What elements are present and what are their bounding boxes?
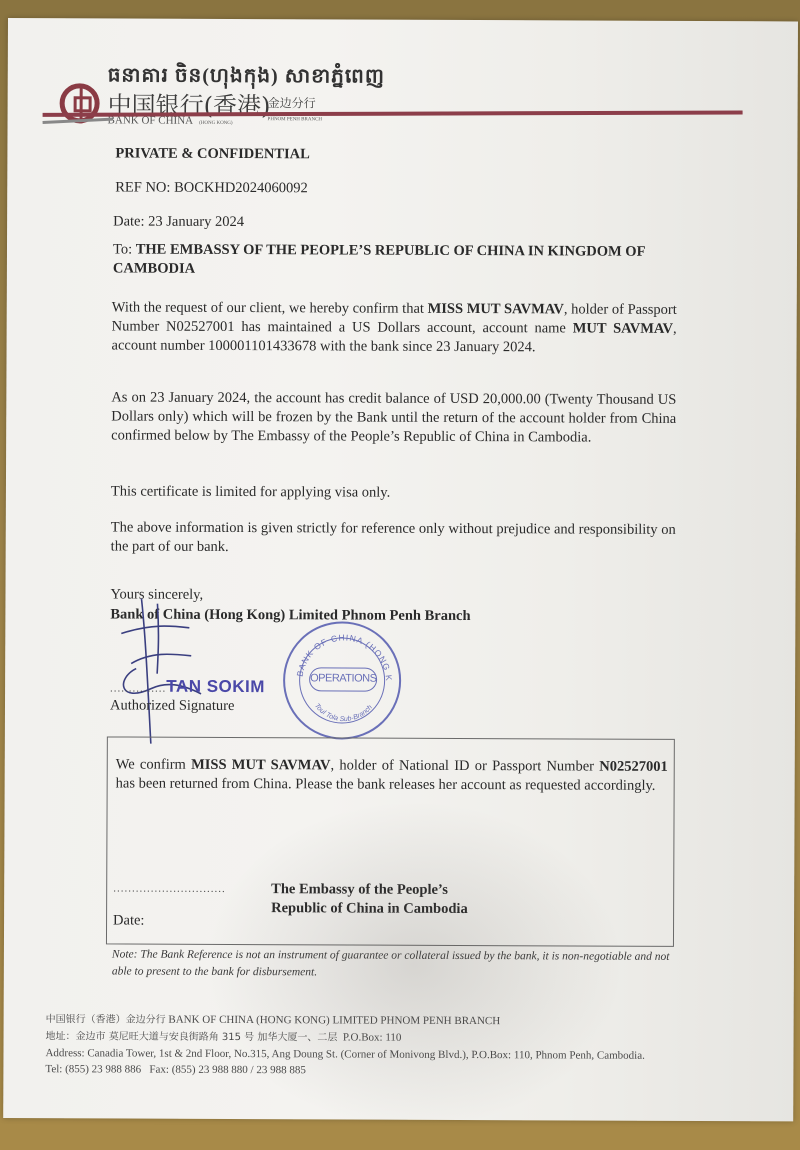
embassy-confirmation-box: We confirm MISS MUT SAVMAV, holder of Na…	[106, 736, 675, 946]
date-label: Date:	[113, 213, 144, 229]
classification: PRIVATE & CONFIDENTIAL	[115, 144, 310, 164]
embassy-name-line-2: Republic of China in Cambodia	[271, 899, 468, 919]
footer-tel: Tel: (855) 23 988 886	[45, 1063, 141, 1075]
recipient: To: THE EMBASSY OF THE PEOPLE’S REPUBLIC…	[113, 240, 673, 280]
signatory-name: TAN SOKIM	[166, 677, 265, 696]
footer-contact: Tel: (855) 23 988 886 Fax: (855) 23 988 …	[45, 1061, 745, 1080]
confirmation-text: We confirm MISS MUT SAVMAV, holder of Na…	[116, 755, 668, 795]
footer-cn-address: 地址：金边市 莫尼旺大道与安良街路角 315 号 加华大厦一、二层	[46, 1031, 338, 1043]
ref-label: REF NO:	[115, 179, 170, 195]
embassy-name-line-1: The Embassy of the People’s	[271, 880, 468, 900]
date-value: 23 January 2024	[148, 214, 244, 230]
english-branch-name: PHNOM PENH BRANCH	[268, 117, 322, 122]
operations-stamp: BANK OF CHINA (HONG KONG) Limited Toul T…	[283, 621, 402, 740]
footer-cn-name: 中国银行（香港）金边分行	[46, 1014, 166, 1026]
embassy-signature-line: ..............................	[113, 879, 226, 898]
confirm-text-c: has been returned from China. Please the…	[116, 775, 656, 793]
bank-of-china-logo-icon	[60, 83, 100, 123]
footer-en-name: BANK OF CHINA (HONG KONG) LIMITED PHNOM …	[168, 1014, 500, 1027]
stamp-center-label: OPERATIONS	[309, 667, 377, 691]
embassy-date-label: Date:	[113, 911, 144, 930]
letter-date: Date: 23 January 2024	[113, 212, 244, 232]
handwritten-signature-icon	[111, 593, 232, 754]
to-label: To:	[113, 241, 132, 257]
letter-page: ធនាគារ ចិន(ហុងកុង) សាខាភ្នំពេញ 中国银行(香港) …	[3, 18, 798, 1121]
signatory-role: Authorized Signature	[110, 696, 235, 716]
footer-po-box: P.O.Box: 110	[343, 1031, 402, 1043]
body-paragraph-1: With the request of our client, we hereb…	[112, 298, 677, 357]
reference-number: REF NO: BOCKHD2024060092	[115, 178, 308, 198]
signature-dots: ...............	[110, 682, 166, 694]
recipient-name: THE EMBASSY OF THE PEOPLE’S REPUBLIC OF …	[113, 242, 645, 277]
footer: 中国银行（香港）金边分行 BANK OF CHINA (HONG KONG) L…	[45, 1011, 745, 1080]
english-hk: (HONG KONG)	[199, 121, 232, 126]
disclaimer-note: Note: The Bank Reference is not an instr…	[112, 946, 677, 982]
embassy-name: The Embassy of the People’s Republic of …	[271, 880, 468, 919]
confirm-text-a: We confirm	[116, 756, 191, 772]
body-paragraph-3: This certificate is limited for applying…	[111, 482, 676, 503]
ref-value: BOCKHD2024060092	[174, 180, 308, 197]
account-name: MUT SAVMAV	[573, 320, 673, 336]
confirm-client-name: MISS MUT SAVMAV	[191, 757, 330, 774]
body-paragraph-4: The above information is given strictly …	[111, 518, 676, 558]
confirm-text-b: , holder of National ID or Passport Numb…	[331, 757, 600, 774]
body-paragraph-2: As on 23 January 2024, the account has c…	[111, 388, 676, 447]
footer-fax: Fax: (855) 23 988 880 / 23 988 885	[149, 1064, 306, 1077]
confirm-passport: N02527001	[599, 759, 668, 775]
client-name: MISS MUT SAVMAV	[428, 301, 564, 318]
para1-text-a: With the request of our client, we hereb…	[112, 299, 428, 316]
chinese-branch-name: 金边分行	[268, 94, 316, 111]
